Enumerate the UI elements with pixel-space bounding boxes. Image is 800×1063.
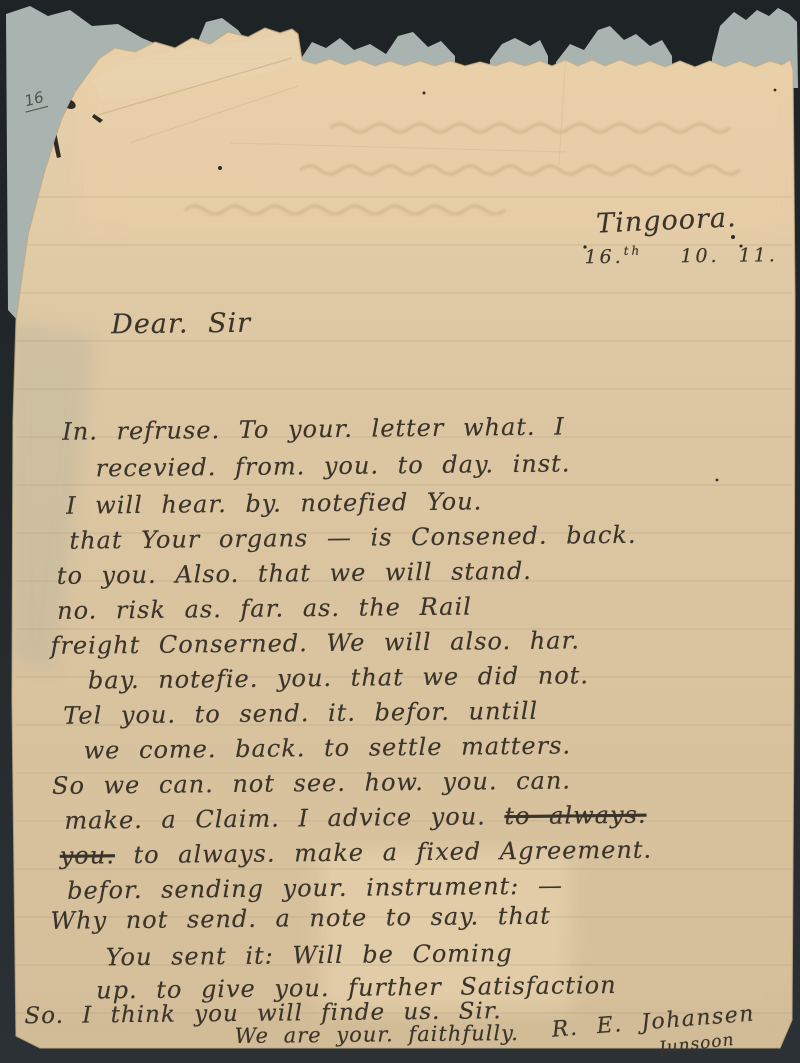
line-text: I will hear. by. notefied You.	[66, 487, 482, 519]
letter-line: we come. back. to settle matters.	[84, 731, 572, 764]
scanned-letter-scene: 16 Tingoora. 16.th 10. 11. Dear. Sir In.…	[0, 0, 800, 1063]
line-text: we come. back. to settle matters.	[84, 731, 572, 764]
letter-line: Why not send. a note to say. that	[50, 902, 551, 935]
letter-line: bay. notefie. you. that we did not.	[88, 661, 589, 694]
letter-line: befor. sending your. instrument: —	[67, 872, 563, 905]
letter-line: I will hear. by. notefied You.	[66, 487, 482, 519]
line-text: freight Conserned. We will also. har.	[50, 626, 580, 660]
line-text: that Your organs — is Consened. back.	[69, 521, 636, 555]
date-line: 16.th 10. 11.	[584, 242, 778, 268]
date-rest: 10. 11.	[680, 244, 778, 267]
signature-sub: Junsoon	[658, 1030, 736, 1059]
letter-line: In. refruse. To your. letter what. I	[62, 413, 565, 446]
letter-line: that Your organs — is Consened. back.	[69, 521, 636, 555]
line-text: make. a Claim. I advice you.	[64, 802, 504, 835]
line-text: In. refruse. To your. letter what. I	[62, 413, 565, 446]
line-text: to you. Also. that we will stand.	[57, 557, 532, 590]
letter-line: You sent it: Will be Coming	[106, 939, 513, 971]
letter-line: make. a Claim. I advice you. to always.	[64, 801, 646, 835]
letter-line: freight Conserned. We will also. har.	[50, 626, 580, 660]
line-text: So we can. not see. how. you. can.	[52, 766, 571, 799]
letter-line: recevied. from. you. to day. inst.	[96, 449, 571, 482]
place-line: Tingoora.	[596, 202, 738, 239]
letter-line: no. risk as. far. as. the Rail	[57, 592, 472, 624]
line-text: Why not send. a note to say. that	[50, 902, 551, 935]
line-text: befor. sending your. instrument: —	[67, 872, 563, 905]
margin-note: 16	[21, 87, 48, 112]
line-text: to always. make a fixed Agreement.	[115, 836, 653, 870]
struck-text: you.	[60, 841, 115, 870]
struck-text: to always.	[504, 801, 646, 830]
letter-line: So we can. not see. how. you. can.	[52, 766, 571, 799]
date-day: 16.	[584, 246, 623, 268]
line-text: bay. notefie. you. that we did not.	[88, 661, 589, 694]
line-text: recevied. from. you. to day. inst.	[96, 449, 571, 482]
valediction: We are your. faithfully.	[235, 1021, 519, 1048]
letter-line: to you. Also. that we will stand.	[57, 557, 532, 590]
salutation: Dear. Sir	[111, 308, 251, 340]
letter-text-layer: 16 Tingoora. 16.th 10. 11. Dear. Sir In.…	[0, 0, 800, 1063]
line-text: no. risk as. far. as. the Rail	[57, 592, 472, 624]
date-suffix: th	[624, 244, 643, 258]
line-text: Tel you. to send. it. befor. untill	[63, 697, 538, 730]
letter-line: Tel you. to send. it. befor. untill	[63, 697, 538, 730]
line-text: You sent it: Will be Coming	[106, 939, 513, 971]
letter-line: you. to always. make a fixed Agreement.	[60, 836, 653, 870]
